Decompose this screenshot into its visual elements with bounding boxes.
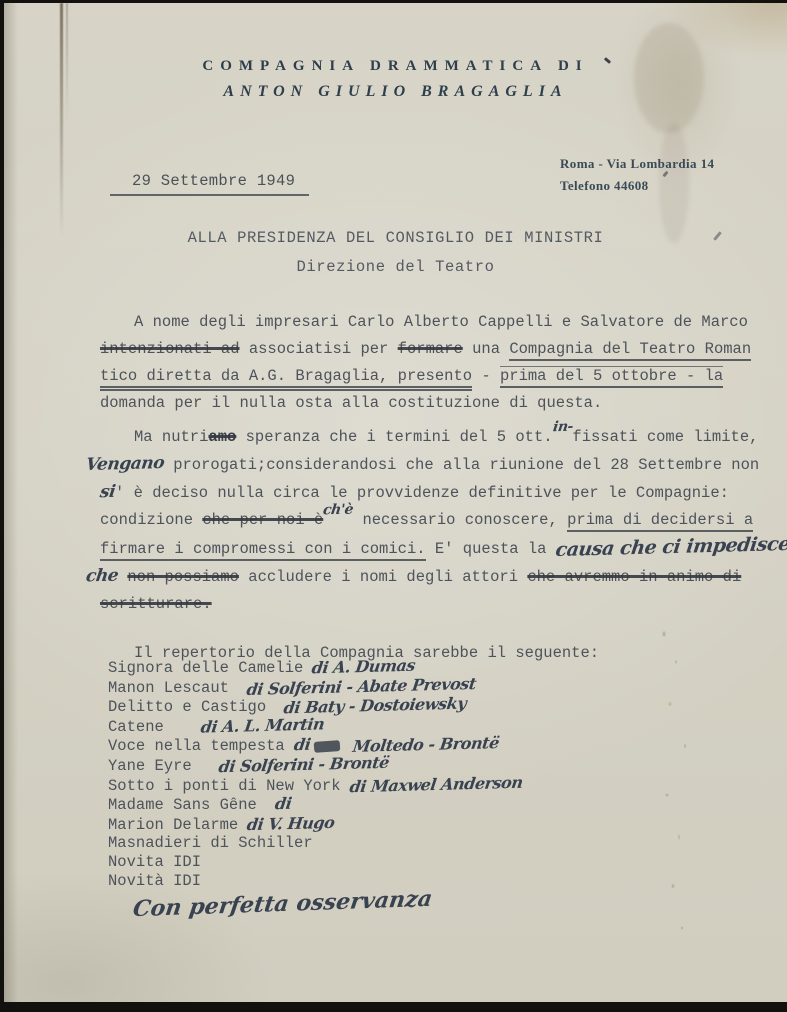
typed-text: che avremmo in animo di	[527, 568, 741, 586]
repertoire-item: Masnadieri di Schiller	[108, 834, 522, 853]
handwritten-text: di Maxwel Anderson	[348, 773, 523, 796]
scanned-letter-page: COMPAGNIA DRAMMATICA DI ANTON GIULIO BRA…	[0, 0, 787, 1012]
handwritten-text: in-	[551, 414, 574, 442]
repertoire-item: Voce nella tempestadiMoltedo - Brontë	[108, 736, 522, 756]
repertoire-item: Novità IDI	[108, 872, 522, 891]
handwritten-text: si	[98, 479, 117, 506]
closing-handwriting: Con perfetta osservanza	[134, 891, 431, 917]
typed-text: tico diretta da A.G. Bragaglia, presento	[100, 367, 472, 391]
paper: COMPAGNIA DRAMMATICA DI ANTON GIULIO BRA…	[4, 3, 787, 1002]
typed-text: Voce nella tempesta	[108, 737, 285, 755]
letterhead: COMPAGNIA DRAMMATICA DI ANTON GIULIO BRA…	[4, 58, 787, 101]
body-line: tico diretta da A.G. Bragaglia, presento…	[100, 363, 752, 390]
typed-text: condizione	[100, 511, 202, 529]
body-line: condizione che per noi èch'è necessario …	[100, 507, 752, 534]
handwritten-text: che	[84, 563, 120, 591]
recipient-block: ALLA PRESIDENZA DEL CONSIGLIO DEI MINIST…	[4, 229, 787, 276]
recipient-line1: ALLA PRESIDENZA DEL CONSIGLIO DEI MINIST…	[4, 229, 787, 247]
typed-text: associatisi per	[240, 340, 398, 358]
typed-text: Signora delle Camelie	[108, 659, 303, 677]
body-line: Vengano prorogati;considerandosi che all…	[100, 451, 752, 479]
typed-text: una	[463, 340, 510, 358]
typed-text: prima del 5 ottobre - la	[500, 366, 723, 388]
typed-text: Yane Eyre	[108, 757, 210, 775]
letter-body: A nome degli impresari Carlo Alberto Cap…	[100, 309, 752, 667]
typed-text: amo	[208, 428, 236, 446]
repertoire-item: Madame Sans Gêne di	[108, 795, 522, 815]
typed-text: accludere i nomi degli attori	[239, 568, 527, 586]
body-line: intenzionati ad associatisi per formare …	[100, 336, 752, 363]
typed-text: scritturare.	[100, 595, 212, 613]
typed-text: firmare i compromessi con i comici.	[100, 540, 426, 561]
handwritten-text: di	[274, 795, 293, 814]
handwritten-text: Vengano	[84, 450, 166, 479]
typed-text: ' è deciso nulla circa le provvidenze de…	[115, 484, 729, 502]
body-line: firmare i compromessi con i comici. E' q…	[100, 534, 752, 563]
body-line: che non possiamo accludere i nomi degli …	[100, 563, 752, 591]
typed-text: domanda per il nulla osta alla costituzi…	[100, 394, 602, 412]
handwritten-text: ch'è	[321, 497, 355, 525]
typed-text: Ma nutri	[134, 428, 208, 446]
letterhead-director: ANTON GIULIO BRAGAGLIA	[4, 83, 787, 101]
handwritten-closing: Con perfetta osservanza	[131, 886, 434, 922]
handwritten-text: di A. L. Martin	[199, 715, 325, 737]
typed-text: intenzionati ad	[100, 340, 240, 358]
letterhead-company: COMPAGNIA DRAMMATICA DI	[4, 58, 787, 75]
repertoire-list: Signora delle Cameliedi A. DumasManon Le…	[108, 658, 522, 890]
paper-streak	[60, 3, 63, 238]
handwritten-text: causa che ci impedisce	[554, 531, 787, 564]
typed-text: Delitto e Castigo	[108, 698, 275, 716]
handwritten-text: di A. Dumas	[311, 657, 417, 678]
typed-text: prorogati;considerandosi che alla riunio…	[164, 456, 759, 474]
address-phone: Telefono 44608	[560, 175, 714, 197]
body-line: A nome degli impresari Carlo Alberto Cap…	[100, 309, 752, 336]
address-block: Roma - Via Lombardia 14 Telefono 44608	[560, 153, 714, 197]
typed-text: formare	[398, 340, 463, 358]
repertoire-item: Marion Delarmedi V. Hugo	[108, 815, 522, 835]
typed-text: Novita IDI	[108, 853, 201, 871]
typed-text: che per noi è	[202, 511, 323, 529]
paragraph-2: Ma nutriamo speranza che i termini del 5…	[100, 424, 752, 618]
handwritten-text: di Solferini - Brontë	[218, 754, 391, 777]
typed-text: Masnadieri di Schiller	[108, 834, 313, 852]
body-line: Ma nutriamo speranza che i termini del 5…	[100, 424, 752, 451]
address-street: Roma - Via Lombardia 14	[560, 153, 714, 175]
typed-text: prima di decidersi a	[567, 511, 753, 532]
typed-text: Sotto i ponti di New York	[108, 777, 341, 795]
typed-text: Madame Sans Gêne	[108, 796, 266, 814]
typed-text: fissati come limite,	[572, 428, 758, 446]
body-line: si' è deciso nulla circa le provvidenze …	[100, 479, 752, 507]
repertoire-item: Novita IDI	[108, 853, 522, 872]
typed-text: Compagnia del Teatro Roman	[509, 340, 751, 361]
typed-text	[118, 568, 127, 586]
typed-text: necessario conoscere,	[353, 511, 567, 529]
typed-text: speranza che i termini del 5 ott.	[236, 428, 552, 446]
typed-text: Manon Lescaut	[108, 679, 238, 697]
typed-text: Novità IDI	[108, 872, 201, 890]
typed-text: A nome degli impresari Carlo Alberto Cap…	[134, 313, 748, 331]
handwritten-text: di	[292, 736, 311, 755]
recipient-line2: Direzione del Teatro	[4, 258, 787, 276]
repertoire-item: Sotto i ponti di New Yorkdi Maxwel Ander…	[108, 776, 522, 796]
repertoire-item: Yane Eyre di Solferini - Brontë	[108, 756, 522, 776]
handwritten-text: di V. Hugo	[246, 814, 336, 835]
paragraph-1: A nome degli impresari Carlo Alberto Cap…	[100, 309, 752, 417]
body-line: scritturare.	[100, 591, 752, 618]
typed-text: E' questa la	[426, 540, 556, 558]
typed-text: Catene	[108, 718, 192, 736]
typed-text: non possiamo	[127, 568, 239, 586]
ink-blot	[314, 740, 341, 753]
typed-text: -	[472, 367, 500, 385]
body-line: domanda per il nulla osta alla costituzi…	[100, 390, 752, 417]
date-line: 29 Settembre 1949	[110, 172, 309, 196]
typed-text: Marion Delarme	[108, 816, 238, 834]
